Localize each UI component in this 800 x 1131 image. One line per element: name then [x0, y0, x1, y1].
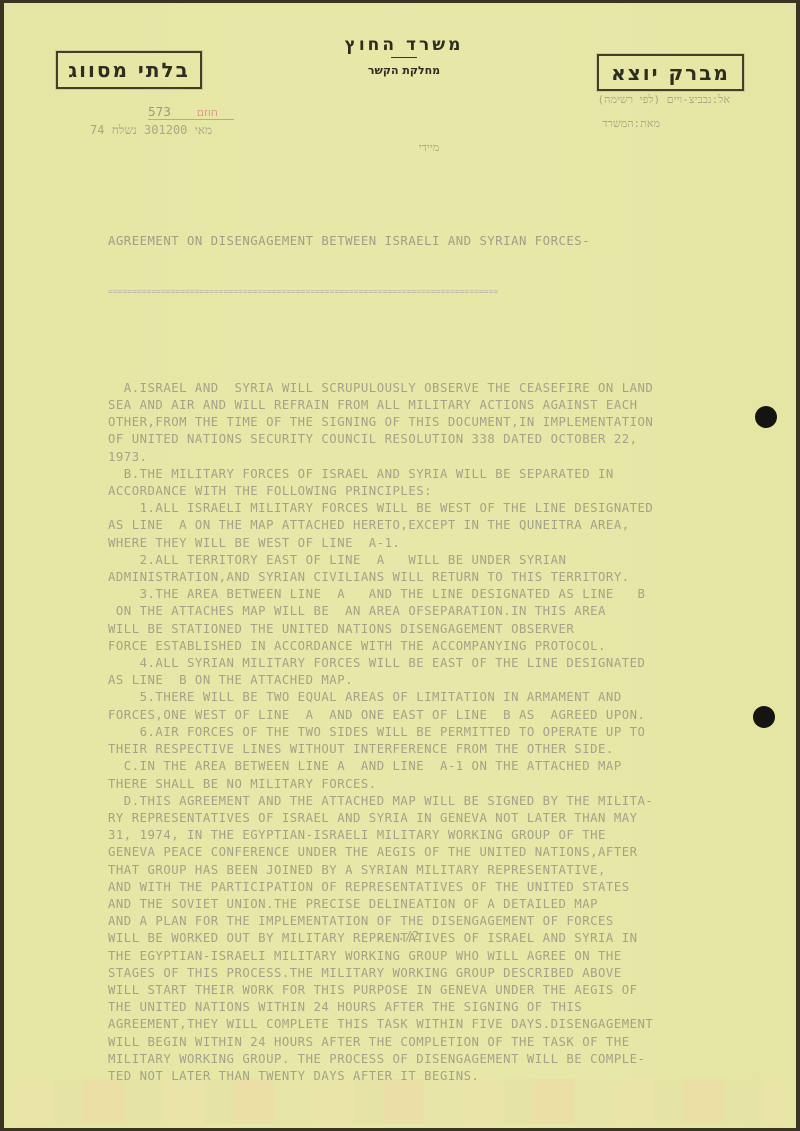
punch-hole	[755, 406, 777, 428]
text-line: ADMINISTRATION,AND SYRIAN CIVILIANS WILL…	[108, 569, 798, 586]
reference-number-label: חוזם	[197, 106, 218, 119]
text-line: FORCES,ONE WEST OF LINE A AND ONE EAST O…	[108, 707, 798, 724]
classification-stamp: בלתי מסווג	[56, 51, 202, 89]
text-line: RY REPRESENTATIVES OF ISRAEL AND SYRIA I…	[108, 810, 798, 827]
ministry-title: משרד החוץ	[334, 35, 474, 55]
text-line: THE UNITED NATIONS WITHIN 24 HOURS AFTER…	[108, 999, 798, 1016]
reference-year: 74	[90, 123, 104, 137]
classification-label: בלתי מסווג	[68, 58, 190, 82]
text-line: AND A PLAN FOR THE IMPLEMENTATION OF THE…	[108, 913, 798, 930]
text-line: 3.THE AREA BETWEEN LINE A AND THE LINE D…	[108, 586, 798, 603]
text-line: 6.AIR FORCES OF THE TWO SIDES WILL BE PE…	[108, 724, 798, 741]
text-line: WILL BEGIN WITHIN 24 HOURS AFTER THE COM…	[108, 1034, 798, 1051]
text-line: THAT GROUP HAS BEEN JOINED BY A SYRIAN M…	[108, 862, 798, 879]
telegram-type-stamp: מברק יוצא	[597, 54, 744, 91]
text-line: D.THIS AGREEMENT AND THE ATTACHED MAP WI…	[108, 793, 798, 810]
continuation-marker: ..../2	[376, 929, 419, 943]
priority-label: מיידי	[399, 141, 459, 154]
text-line: B.THE MILITARY FORCES OF ISRAEL AND SYRI…	[108, 466, 798, 483]
text-line: 1973.	[108, 449, 798, 466]
text-line: AS LINE A ON THE MAP ATTACHED HERETO,EXC…	[108, 517, 798, 534]
text-line: GENEVA PEACE CONFERENCE UNDER THE AEGIS …	[108, 844, 798, 861]
text-line: ON THE ATTACHES MAP WILL BE AN AREA OFSE…	[108, 603, 798, 620]
text-line: WILL BE WORKED OUT BY MILITARY REPRENTAT…	[108, 930, 798, 947]
reference-date-row: 74 מאי 301200 נשלח	[90, 123, 212, 138]
reference-sent-label: נשלח	[112, 123, 137, 137]
telegram-page: משרד החוץ מחלקת הקשר בלתי מסווג מברק יוצ…	[4, 3, 796, 1128]
text-line: 5.THERE WILL BE TWO EQUAL AREAS OF LIMIT…	[108, 689, 798, 706]
document-text: A.ISRAEL AND SYRIA WILL SCRUPULOUSLY OBS…	[108, 380, 798, 1085]
text-line: TED NOT LATER THAN TWENTY DAYS AFTER IT …	[108, 1068, 798, 1085]
text-line: WILL START THEIR WORK FOR THIS PURPOSE I…	[108, 982, 798, 999]
text-line: AND THE SOVIET UNION.THE PRECISE DELINEA…	[108, 896, 798, 913]
text-line: MILITARY WORKING GROUP. THE PROCESS OF D…	[108, 1051, 798, 1068]
text-line: OTHER,FROM THE TIME OF THE SIGNING OF TH…	[108, 414, 798, 431]
title-underline: ========================================…	[108, 287, 698, 297]
text-line: 1.ALL ISRAELI MILITARY FORCES WILL BE WE…	[108, 500, 798, 517]
reference-month: מאי	[195, 123, 212, 137]
text-line: 31, 1974, IN THE EGYPTIAN-ISRAELI MILITA…	[108, 827, 798, 844]
punch-hole	[753, 706, 775, 728]
text-line: A.ISRAEL AND SYRIA WILL SCRUPULOUSLY OBS…	[108, 380, 798, 397]
sender-line: מאת:המשרד	[564, 117, 660, 130]
text-line: OF UNITED NATIONS SECURITY COUNCIL RESOL…	[108, 431, 798, 448]
reference-number-row: 573 חוזם	[148, 105, 234, 120]
text-line: AS LINE B ON THE ATTACHED MAP.	[108, 672, 798, 689]
text-line: THEIR RESPECTIVE LINES WITHOUT INTERFERE…	[108, 741, 798, 758]
recipient-line: אל:נבביצ-ויים (לפי רשימה)	[500, 93, 730, 106]
text-line: 2.ALL TERRITORY EAST OF LINE A WILL BE U…	[108, 552, 798, 569]
reference-number: 573	[148, 105, 171, 119]
text-line: C.IN THE AREA BETWEEN LINE A AND LINE A-…	[108, 758, 798, 775]
text-line: STAGES OF THIS PROCESS.THE MILITARY WORK…	[108, 965, 798, 982]
document-body: AGREEMENT ON DISENGAGEMENT BETWEEN ISRAE…	[108, 199, 798, 1120]
reference-time: 301200	[144, 123, 187, 137]
letterhead-rule	[391, 57, 417, 58]
text-line: WILL BE STATIONED THE UNITED NATIONS DIS…	[108, 621, 798, 638]
document-title: AGREEMENT ON DISENGAGEMENT BETWEEN ISRAE…	[108, 233, 798, 250]
text-line: THERE SHALL BE NO MILITARY FORCES.	[108, 776, 798, 793]
department-name: מחלקת הקשר	[334, 64, 474, 77]
text-line: AND WITH THE PARTICIPATION OF REPRESENTA…	[108, 879, 798, 896]
text-line: 4.ALL SYRIAN MILITARY FORCES WILL BE EAS…	[108, 655, 798, 672]
text-line: SEA AND AIR AND WILL REFRAIN FROM ALL MI…	[108, 397, 798, 414]
telegram-type-label: מברק יוצא	[611, 61, 730, 85]
text-line: AGREEMENT,THEY WILL COMPLETE THIS TASK W…	[108, 1016, 798, 1033]
ministry-letterhead: משרד החוץ מחלקת הקשר	[334, 35, 474, 77]
text-line: FORCE ESTABLISHED IN ACCORDANCE WITH THE…	[108, 638, 798, 655]
text-line: THE EGYPTIAN-ISRAELI MILITARY WORKING GR…	[108, 948, 798, 965]
text-line: WHERE THEY WILL BE WEST OF LINE A-1.	[108, 535, 798, 552]
text-line: ACCORDANCE WITH THE FOLLOWING PRINCIPLES…	[108, 483, 798, 500]
